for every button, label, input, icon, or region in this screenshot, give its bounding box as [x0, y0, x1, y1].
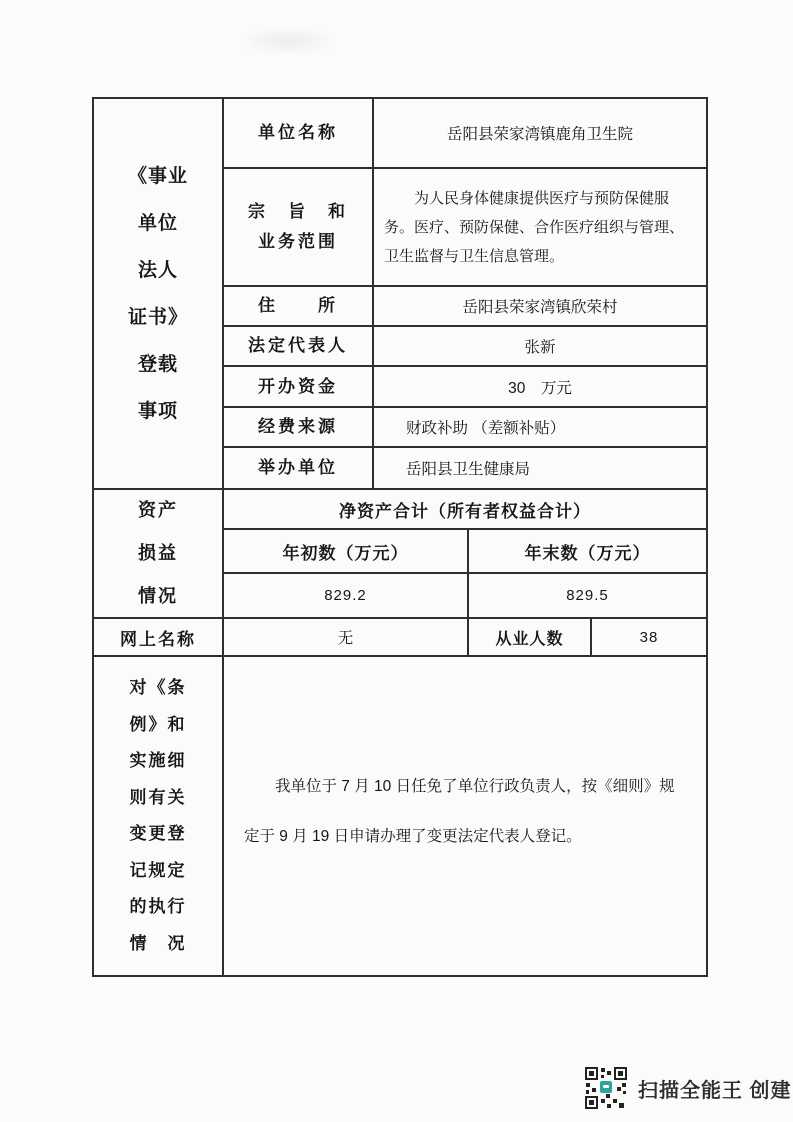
funding-source-label: 经费来源 [224, 408, 374, 446]
staff-count-value: 38 [592, 619, 706, 655]
opening-capital-label: 开办资金 [224, 367, 374, 406]
section-compliance: 对《条 例》和 实施细 则有关 变更登 记规定 的执行 情 况 我单位于 7 月… [94, 657, 706, 975]
compliance-statement: 我单位于 7 月 10 日任免了单位行政负责人，按《细则》规定于 9 月 19 … [224, 657, 706, 975]
row-assets-subheaders: 年初数（万元） 年末数（万元） [224, 530, 706, 574]
purpose-scope-label: 宗 旨 和 业务范围 [224, 169, 374, 285]
watermark-text: 扫描全能王 创建 [638, 1074, 792, 1103]
year-end-label: 年末数（万元） [469, 530, 706, 572]
row-unit-name: 单位名称 岳阳县荣家湾镇鹿角卫生院 [224, 99, 706, 169]
year-begin-label: 年初数（万元） [224, 530, 469, 572]
opening-capital-value: 30 万元 [374, 367, 706, 406]
row-purpose-scope: 宗 旨 和 业务范围 为人民身体健康提供医疗与预防保健服务。医疗、预防保健、合作… [224, 169, 706, 287]
legal-representative-value: 张新 [374, 327, 706, 365]
assets-header: 资产 损益 情况 [94, 490, 224, 617]
row-net-assets-header: 净资产合计（所有者权益合计） [224, 490, 706, 530]
compliance-header: 对《条 例》和 实施细 则有关 变更登 记规定 的执行 情 况 [94, 657, 224, 975]
certificate-items-header: 《事业 单位 法人 证书》 登载 事项 [94, 99, 224, 488]
row-address: 住 所 岳阳县荣家湾镇欣荣村 [224, 287, 706, 327]
camscanner-watermark: 扫描全能王 创建 [584, 1066, 792, 1110]
scanned-document-page: 《事业 单位 法人 证书》 登载 事项 单位名称 岳阳县荣家湾镇鹿角卫生院 宗 … [0, 0, 793, 1122]
funding-source-value: 财政补助 （差额补贴） [374, 408, 706, 446]
scan-smudge [238, 26, 338, 56]
year-begin-value: 829.2 [224, 574, 469, 617]
row-assets-values: 829.2 829.5 [224, 574, 706, 617]
sponsor-unit-label: 举办单位 [224, 448, 374, 488]
net-assets-header-label: 净资产合计（所有者权益合计） [224, 490, 706, 528]
row-sponsor-unit: 举办单位 岳阳县卫生健康局 [224, 448, 706, 488]
online-name-value: 无 [224, 619, 469, 655]
year-end-value: 829.5 [469, 574, 706, 617]
row-legal-representative: 法定代表人 张新 [224, 327, 706, 367]
staff-count-label: 从业人数 [469, 619, 592, 655]
online-name-label: 网上名称 [94, 619, 224, 655]
section-certificate-items: 《事业 单位 法人 证书》 登载 事项 单位名称 岳阳县荣家湾镇鹿角卫生院 宗 … [94, 99, 706, 490]
row-funding-source: 经费来源 财政补助 （差额补贴） [224, 408, 706, 448]
row-opening-capital: 开办资金 30 万元 [224, 367, 706, 408]
unit-name-label: 单位名称 [224, 99, 374, 167]
qr-code-icon [584, 1066, 628, 1110]
unit-name-value: 岳阳县荣家湾镇鹿角卫生院 [374, 99, 706, 167]
address-value: 岳阳县荣家湾镇欣荣村 [374, 287, 706, 325]
registration-table: 《事业 单位 法人 证书》 登载 事项 单位名称 岳阳县荣家湾镇鹿角卫生院 宗 … [92, 97, 708, 977]
section-assets: 资产 损益 情况 净资产合计（所有者权益合计） 年初数（万元） 年末数（万元） … [94, 490, 706, 619]
purpose-scope-value: 为人民身体健康提供医疗与预防保健服务。医疗、预防保健、合作医疗组织与管理、卫生监… [374, 169, 706, 285]
sponsor-unit-value: 岳阳县卫生健康局 [374, 448, 706, 488]
section-online-name: 网上名称 无 从业人数 38 [94, 619, 706, 657]
address-label: 住 所 [224, 287, 374, 325]
legal-representative-label: 法定代表人 [224, 327, 374, 365]
